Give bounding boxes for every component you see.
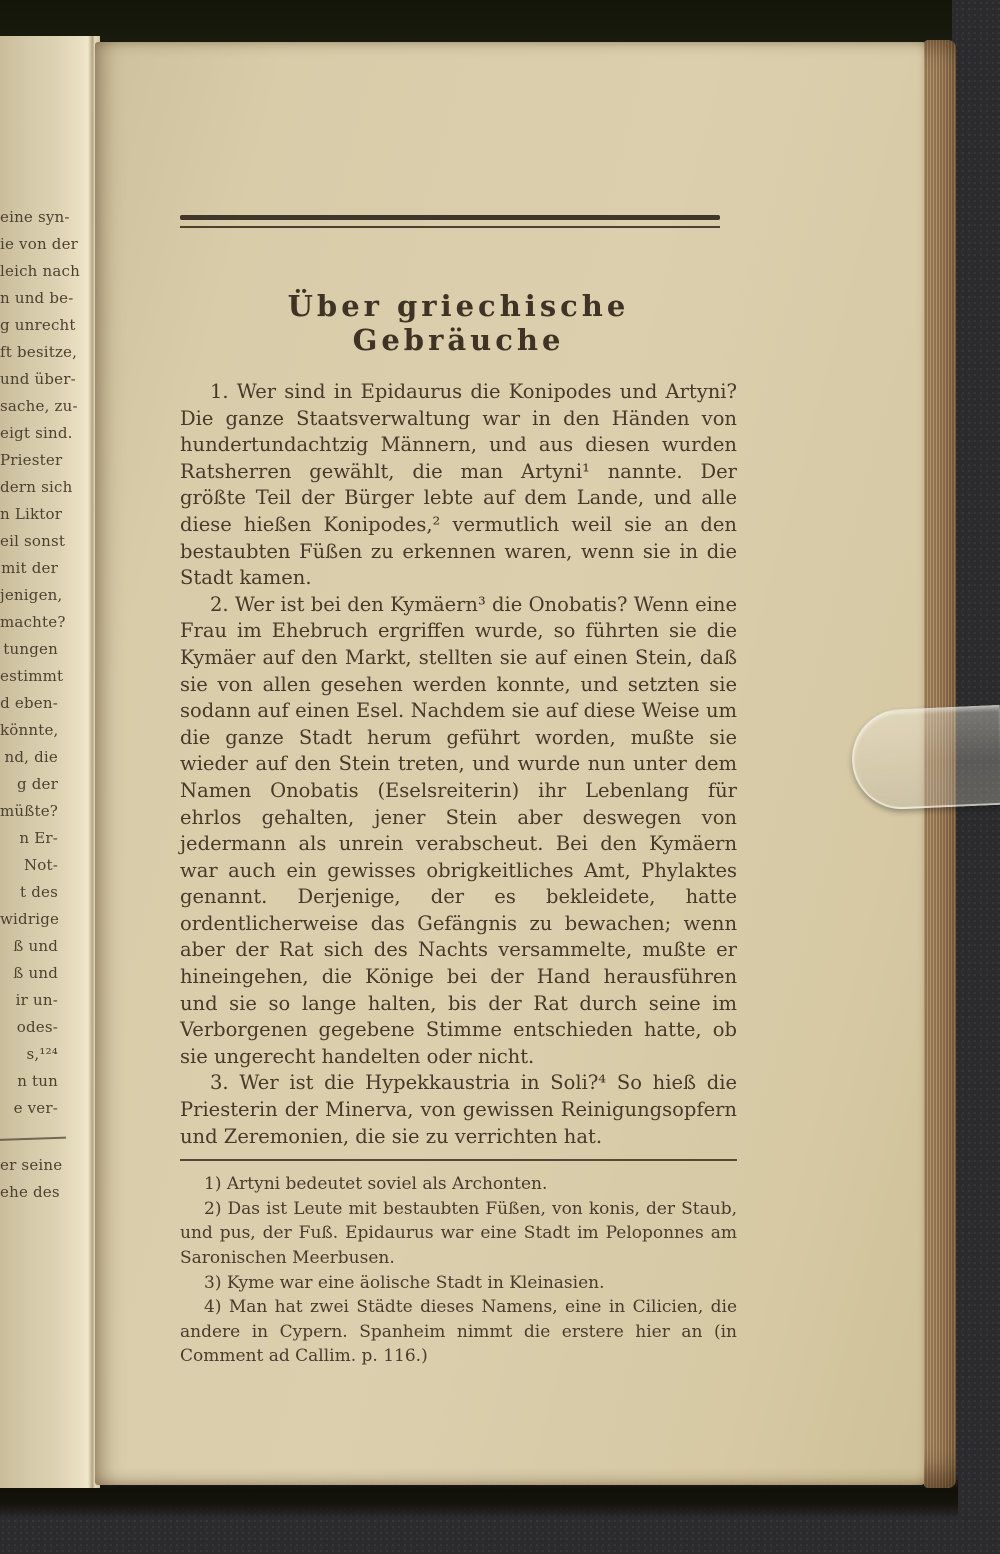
text-fragment-line: Priester [0, 447, 58, 474]
footnote: 1) Artyni bedeutet soviel als Archonten. [180, 1172, 737, 1197]
text-fragment-line: odes- [0, 1014, 58, 1041]
text-fragment-line: er seine [0, 1152, 58, 1179]
text-fragment-line: jenigen, [0, 582, 58, 609]
fragment-footer-list: er seineehe des [0, 1152, 58, 1206]
text-fragment-line: und über- [0, 366, 58, 393]
text-fragment-line: n Liktor [0, 501, 58, 528]
text-fragment-line: n tun [0, 1068, 58, 1095]
footnote-number: 2) [204, 1199, 221, 1219]
footnote-text: Man hat zwei Städte dieses Namens, eine … [180, 1297, 737, 1366]
paragraph: 1. Wer sind in Epidaurus die Konipodes u… [180, 379, 737, 592]
book-photograph: { "book": { "right_page": { "title": "Üb… [0, 0, 1000, 1554]
right-page: Über griechische Gebräuche 1. Wer sind i… [95, 42, 928, 1485]
text-fragment-line: eil sonst [0, 528, 58, 555]
text-fragment-line: könnte, [0, 717, 58, 744]
text-fragment-line: g unrecht [0, 312, 58, 339]
body-text: 1. Wer sind in Epidaurus die Konipodes u… [180, 379, 737, 1150]
text-fragment-line: n Er- [0, 825, 58, 852]
footnote-text: Das ist Leute mit bestaubten Füßen, von … [180, 1199, 737, 1268]
text-fragment-line: sache, zu- [0, 393, 58, 420]
head-rule [180, 215, 720, 228]
text-fragment-line: machte? [0, 609, 58, 636]
text-fragment-line: dern sich [0, 474, 58, 501]
paragraph: 2. Wer ist bei den Kymäern³ die Onobatis… [180, 592, 737, 1071]
footnote: 2) Das ist Leute mit bestaubten Füßen, v… [180, 1197, 737, 1271]
footnotes: 1) Artyni bedeutet soviel als Archonten.… [180, 1172, 737, 1369]
text-fragment-line: leich nach [0, 258, 58, 285]
page-content: 1. Wer sind in Epidaurus die Konipodes u… [180, 379, 737, 1369]
left-page: eine syn-ie von derleich nachn und be-g … [0, 36, 100, 1488]
left-footnote-separator [0, 1137, 66, 1142]
text-fragment-line: mit der [0, 555, 58, 582]
transparent-page-clip [850, 705, 1000, 811]
text-fragment-line: estimmt [0, 663, 58, 690]
text-fragment-line: s,¹²⁴ [0, 1041, 58, 1068]
footnote-text: Artyni bedeutet soviel als Archonten. [227, 1174, 548, 1194]
text-fragment-line: Not- [0, 852, 58, 879]
text-fragment-line: nd, die [0, 744, 58, 771]
text-fragment-line: müßte? [0, 798, 58, 825]
footnote-number: 4) [204, 1297, 221, 1317]
head-rule-thick [180, 215, 720, 220]
text-fragment-line: ir un- [0, 987, 58, 1014]
text-fragment-line: ß und [0, 933, 58, 960]
text-fragment-line: widrige [0, 906, 58, 933]
footnote-separator [180, 1159, 737, 1161]
fragment-list: eine syn-ie von derleich nachn und be-g … [0, 204, 58, 1122]
text-fragment-line: ehe des [0, 1179, 58, 1206]
text-fragment-line: eine syn- [0, 204, 58, 231]
text-fragment-line: ß und [0, 960, 58, 987]
footnote: 3) Kyme war eine äolische Stadt in Klein… [180, 1271, 737, 1296]
text-fragment-line: ie von der [0, 231, 58, 258]
text-fragment-line: g der [0, 771, 58, 798]
text-fragment-line: e ver- [0, 1095, 58, 1122]
text-fragment-line: tungen [0, 636, 58, 663]
footnote-number: 1) [204, 1174, 221, 1194]
footnote-text: Kyme war eine äolische Stadt in Kleinasi… [227, 1273, 605, 1293]
text-fragment-line: ft besitze, [0, 339, 58, 366]
left-page-text-fragments: eine syn-ie von derleich nachn und be-g … [0, 204, 58, 1206]
text-fragment-line: d eben- [0, 690, 58, 717]
footnote-number: 3) [204, 1273, 221, 1293]
footnote: 4) Man hat zwei Städte dieses Namens, ei… [180, 1295, 737, 1369]
text-fragment-line: n und be- [0, 285, 58, 312]
head-rule-thin [180, 226, 720, 228]
page-title: Über griechische Gebräuche [180, 289, 737, 357]
footnote-list: 1) Artyni bedeutet soviel als Archonten.… [180, 1172, 737, 1369]
paragraph: 3. Wer ist die Hypekkaustria in Soli?⁴ S… [180, 1070, 737, 1150]
text-fragment-line: eigt sind. [0, 420, 58, 447]
text-fragment-line: t des [0, 879, 58, 906]
